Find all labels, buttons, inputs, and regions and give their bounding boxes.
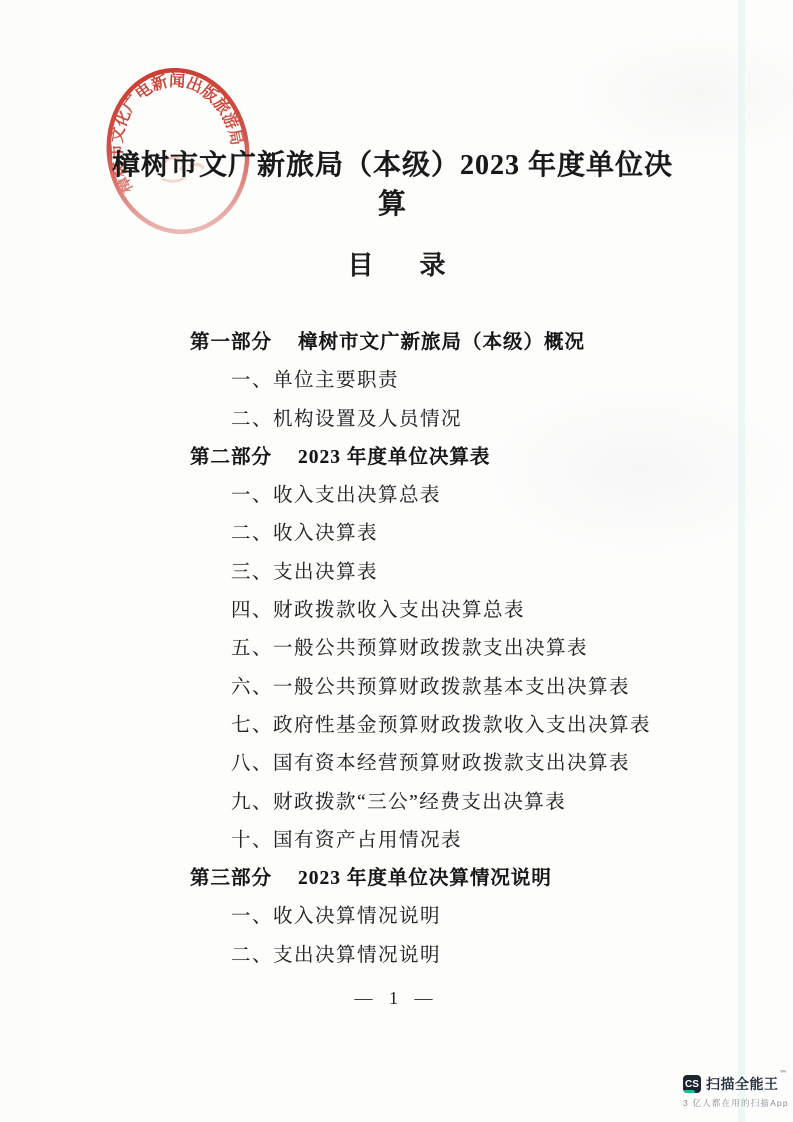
toc-item-text: 五、一般公共预算财政拨款支出决算表: [231, 638, 588, 659]
toc-section-title: 樟树市文广新旅局（本级）概况: [298, 332, 585, 353]
toc-section-label: 第一部分: [190, 332, 272, 353]
toc-item: 七、政府性基金预算财政拨款收入支出决算表: [0, 709, 793, 747]
toc-section-title: 2023 年度单位决算情况说明: [298, 868, 552, 889]
toc-item-text: 六、一般公共预算财政拨款基本支出决算表: [231, 677, 630, 698]
toc-item-text: 一、收入决算情况说明: [231, 906, 441, 927]
document-title-line1: 樟树市文广新旅局（本级）2023 年度单位决: [112, 150, 673, 181]
toc-section-label: 第二部分: [190, 447, 272, 468]
toc-item-text: 四、财政拨款收入支出决算总表: [231, 600, 525, 621]
toc-item-text: 三、支出决算表: [231, 562, 378, 583]
toc-item-text: 二、机构设置及人员情况: [231, 409, 462, 430]
toc-heading: 目 录: [0, 245, 793, 282]
toc-item: 二、收入决算表: [0, 517, 793, 555]
document-title: 樟树市文广新旅局（本级）2023 年度单位决 算: [0, 146, 785, 224]
camscanner-app-name-text: 扫描全能王: [706, 1076, 779, 1092]
toc-item-text: 十、国有资产占用情况表: [231, 830, 462, 851]
document-title-line2: 算: [378, 189, 407, 220]
toc-section-header: 第三部分2023 年度单位决算情况说明: [0, 862, 793, 900]
toc-section-title: 2023 年度单位决算表: [298, 447, 490, 468]
document-page: 樟树市文化广电新闻出版旅游局 樟树市文广新旅局（本级）2023 年度单位决 算 …: [0, 0, 793, 1122]
toc-item-text: 一、收入支出决算总表: [231, 485, 441, 506]
toc-heading-char-1: 目: [347, 245, 373, 282]
toc-section-header: 第二部分2023 年度单位决算表: [0, 441, 793, 479]
toc-item: 一、收入决算情况说明: [0, 900, 793, 938]
toc-item: 六、一般公共预算财政拨款基本支出决算表: [0, 671, 793, 709]
toc-item: 三、支出决算表: [0, 556, 793, 594]
toc-heading-char-2: 录: [420, 245, 446, 282]
page-number: — 1 —: [0, 988, 793, 1009]
toc-item-text: 九、财政拨款“三公”经费支出决算表: [231, 792, 566, 813]
toc-item: 二、机构设置及人员情况: [0, 403, 793, 441]
camscanner-cs-letters: CS: [685, 1079, 699, 1090]
toc-item: 五、一般公共预算财政拨款支出决算表: [0, 632, 793, 670]
camscanner-cs-icon: CS: [683, 1075, 701, 1093]
toc-section-header: 第一部分樟树市文广新旅局（本级）概况: [0, 326, 793, 364]
toc-item: 二、支出决算情况说明: [0, 939, 793, 977]
trademark-symbol: ™: [780, 1070, 788, 1077]
toc-item-text: 七、政府性基金预算财政拨款收入支出决算表: [231, 715, 651, 736]
camscanner-watermark: CS 扫描全能王™ 3 亿人都在用的扫描App: [683, 1074, 783, 1109]
toc-item: 一、单位主要职责: [0, 364, 793, 402]
toc-item: 四、财政拨款收入支出决算总表: [0, 594, 793, 632]
toc-item-text: 二、支出决算情况说明: [231, 945, 441, 966]
camscanner-logo-row: CS 扫描全能王™: [683, 1074, 783, 1094]
camscanner-tagline: 3 亿人都在用的扫描App: [683, 1097, 783, 1109]
toc-list: 第一部分樟树市文广新旅局（本级）概况一、单位主要职责二、机构设置及人员情况第二部…: [0, 326, 793, 977]
camscanner-app-name: 扫描全能王™: [706, 1074, 787, 1094]
toc-item-text: 二、收入决算表: [231, 523, 378, 544]
toc-item: 九、财政拨款“三公”经费支出决算表: [0, 786, 793, 824]
toc-item: 八、国有资本经营预算财政拨款支出决算表: [0, 747, 793, 785]
toc-item-text: 八、国有资本经营预算财政拨款支出决算表: [231, 753, 630, 774]
toc-section-label: 第三部分: [190, 868, 272, 889]
toc-item: 十、国有资产占用情况表: [0, 824, 793, 862]
toc-item-text: 一、单位主要职责: [231, 370, 399, 391]
toc-item: 一、收入支出决算总表: [0, 479, 793, 517]
